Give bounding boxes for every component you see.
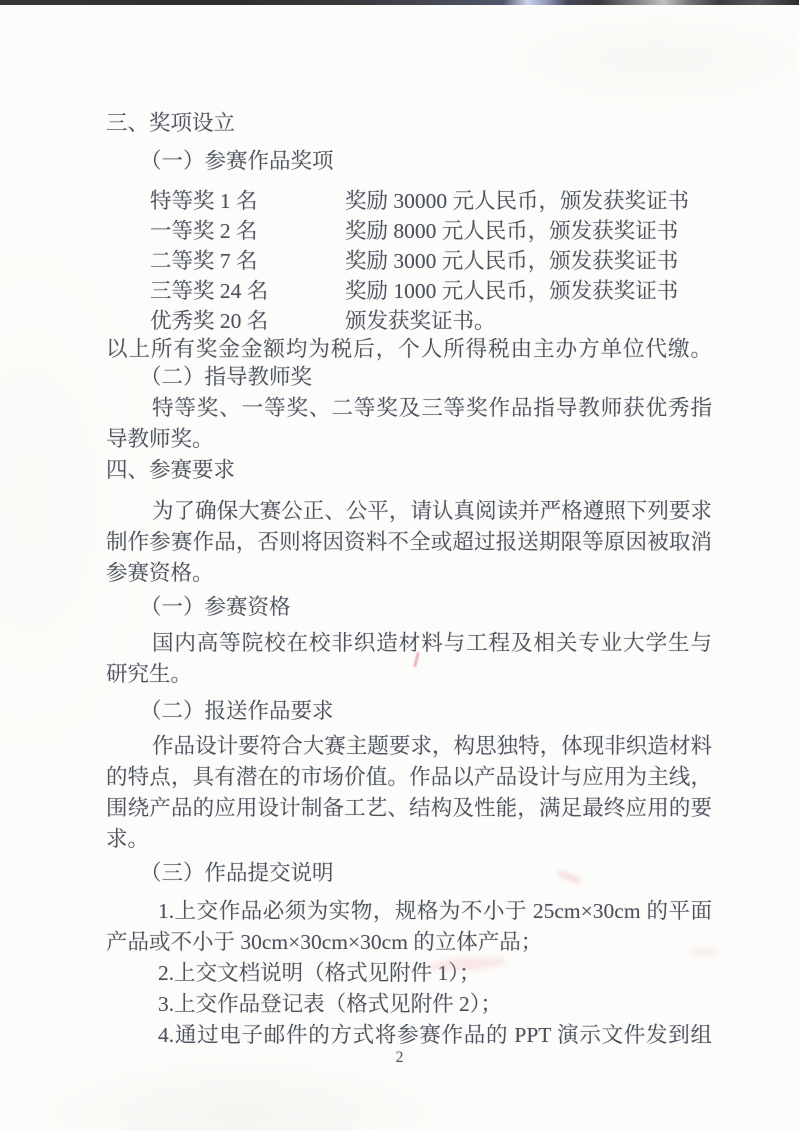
- award-name: 特等奖 1 名: [106, 186, 345, 216]
- award-row-first-prize: 一等奖 2 名 奖励 8000 元人民币，颁发获奖证书: [106, 216, 712, 246]
- award-name: 三等奖 24 名: [106, 276, 345, 306]
- paragraph-line: 为了确保大赛公正、公平，请认真阅读并严格遵照下列要求: [106, 496, 712, 527]
- subsection-eligibility: （一）参赛资格: [106, 592, 712, 623]
- subsection-submission-instructions: （三）作品提交说明: [106, 858, 712, 889]
- subsection-submission-requirements: （二）报送作品要求: [106, 696, 712, 727]
- award-row-second-prize: 二等奖 7 名 奖励 3000 元人民币，颁发获奖证书: [106, 246, 712, 276]
- requirements-intro-paragraph: 为了确保大赛公正、公平，请认真阅读并严格遵照下列要求 制作参赛作品，否则将因资料…: [106, 496, 712, 589]
- award-description: 奖励 30000 元人民币，颁发获奖证书: [345, 186, 712, 216]
- award-name: 一等奖 2 名: [106, 216, 345, 246]
- subsection-entry-work-awards: （一）参赛作品奖项: [106, 146, 712, 177]
- paragraph-line: 参赛资格。: [106, 558, 712, 589]
- paragraph-line: 围绕产品的应用设计制备工艺、结构及性能，满足最终应用的要: [106, 793, 712, 824]
- award-description: 奖励 1000 元人民币，颁发获奖证书: [345, 276, 712, 306]
- teacher-award-paragraph-line: 导教师奖。: [106, 424, 712, 455]
- award-row-third-prize: 三等奖 24 名 奖励 1000 元人民币，颁发获奖证书: [106, 276, 712, 306]
- award-name: 二等奖 7 名: [106, 246, 345, 276]
- page-number: 2: [0, 1048, 799, 1068]
- paragraph-line: 作品设计要符合大赛主题要求，构思独特，体现非织造材料: [106, 731, 712, 762]
- paragraph-line: 求。: [106, 824, 712, 855]
- paragraph-line: 制作参赛作品，否则将因资料不全或超过报送期限等原因被取消: [106, 527, 712, 558]
- award-name: 优秀奖 20 名: [106, 306, 345, 336]
- section-heading-awards: 三、奖项设立: [106, 108, 712, 139]
- scanner-edge-artifact: [0, 0, 799, 5]
- submission-item-line: 1.上交作品必须为实物，规格为不小于 25cm×30cm 的平面: [106, 896, 712, 927]
- paragraph-line: 国内高等院校在校非织造材料与工程及相关专业大学生与: [106, 628, 712, 659]
- section-heading-requirements: 四、参赛要求: [106, 455, 712, 486]
- submission-items-list: 1.上交作品必须为实物，规格为不小于 25cm×30cm 的平面 产品或不小于 …: [106, 896, 712, 1051]
- document-content: 三、奖项设立 （一）参赛作品奖项 特等奖 1 名 奖励 30000 元人民币，颁…: [106, 108, 712, 1051]
- submission-item-line: 3.上交作品登记表（格式见附件 2）；: [106, 989, 712, 1020]
- award-description: 颁发获奖证书。: [345, 306, 712, 336]
- award-description: 奖励 8000 元人民币，颁发获奖证书: [345, 216, 712, 246]
- award-list: 特等奖 1 名 奖励 30000 元人民币，颁发获奖证书 一等奖 2 名 奖励 …: [106, 186, 712, 336]
- design-requirements-paragraph: 作品设计要符合大赛主题要求，构思独特，体现非织造材料 的特点，具有潜在的市场价值…: [106, 731, 712, 855]
- award-tax-note: 以上所有奖金金额均为税后，个人所得税由主办方单位代缴。: [106, 336, 712, 362]
- award-row-grand-prize: 特等奖 1 名 奖励 30000 元人民币，颁发获奖证书: [106, 186, 712, 216]
- paragraph-line: 的特点，具有潜在的市场价值。作品以产品设计与应用为主线，: [106, 762, 712, 793]
- scanned-document-page: 三、奖项设立 （一）参赛作品奖项 特等奖 1 名 奖励 30000 元人民币，颁…: [0, 0, 799, 1131]
- subsection-teacher-award: （二）指导教师奖: [106, 362, 712, 393]
- paragraph-line: 研究生。: [106, 659, 712, 690]
- submission-item-line: 产品或不小于 30cm×30cm×30cm 的立体产品；: [106, 927, 712, 958]
- award-row-excellence-prize: 优秀奖 20 名 颁发获奖证书。: [106, 306, 712, 336]
- award-description: 奖励 3000 元人民币，颁发获奖证书: [345, 246, 712, 276]
- eligibility-paragraph: 国内高等院校在校非织造材料与工程及相关专业大学生与 研究生。: [106, 628, 712, 690]
- submission-item-line: 2.上交文档说明（格式见附件 1）；: [106, 958, 712, 989]
- submission-item-line: 4.通过电子邮件的方式将参赛作品的 PPT 演示文件发到组: [106, 1020, 712, 1051]
- teacher-award-paragraph-line: 特等奖、一等奖、二等奖及三等奖作品指导教师获优秀指: [106, 393, 712, 424]
